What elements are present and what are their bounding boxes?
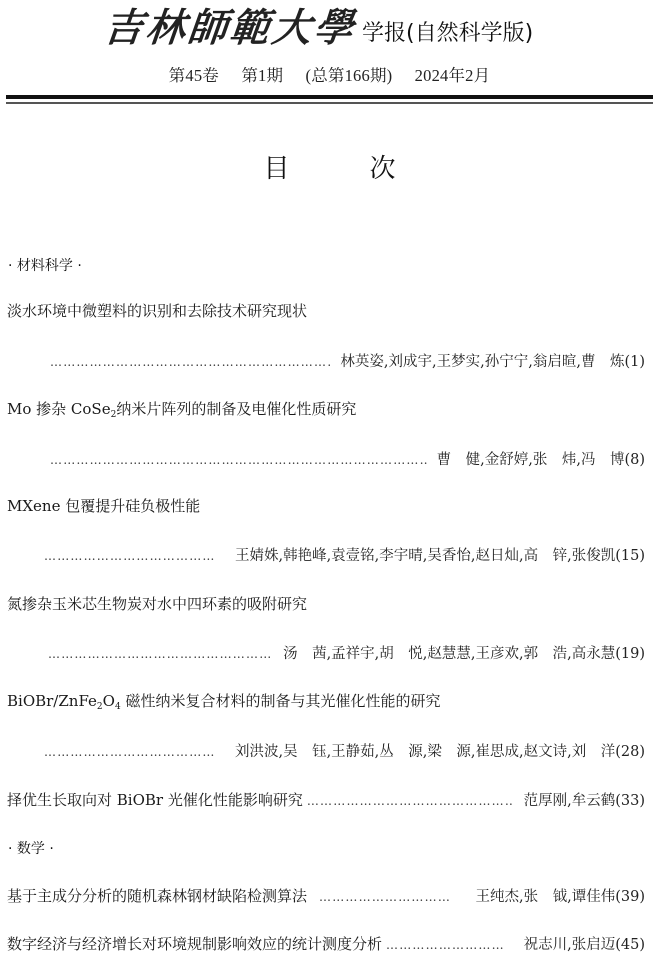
volume-label: 第45卷 bbox=[169, 66, 219, 85]
title-text: Mo 掺杂 CoSe bbox=[7, 400, 111, 418]
dot-leader: …………………………………………………………… bbox=[50, 355, 330, 369]
dot-leader: ……………………… bbox=[386, 938, 514, 952]
title-text: BiOBr/ZnFe bbox=[7, 692, 97, 710]
toc-entry-title[interactable]: BiOBr/ZnFe2O4 磁性纳米复合材料的制备与其光催化性能的研究 bbox=[7, 690, 440, 712]
toc-entry-page[interactable]: (15) bbox=[615, 548, 645, 564]
toc-entry-title: 择优生长取向对 BiOBr 光催化性能影响研究 bbox=[7, 789, 303, 810]
title-text: O bbox=[103, 692, 115, 710]
toc-entry-title: 数字经济与经济增长对环境规制影响效应的统计测度分析 bbox=[7, 933, 382, 954]
toc-entry-title[interactable]: MXene 包覆提升硅负极性能 bbox=[7, 495, 200, 516]
toc-entry[interactable]: 基于主成分分析的随机森林钢材缺陷检测算法 ………………………… 王纯杰,张 钺,… bbox=[7, 885, 645, 906]
toc-entry-authors: 汤 茜,孟祥宇,胡 悦,赵慧慧,王彦欢,郭 浩,高永慧 bbox=[283, 642, 615, 663]
toc-entry-page[interactable]: (28) bbox=[615, 744, 645, 760]
title-text: 纳米片阵列的制备及电催化性质研究 bbox=[116, 400, 356, 418]
toc-entry-byline: …………………………………………………………… 林英姿,刘成宇,王梦实,孙宁宁,… bbox=[50, 350, 645, 371]
dot-leader: ………………………………… bbox=[44, 549, 225, 563]
toc-title-char-2: 次 bbox=[370, 148, 396, 185]
toc-entry-authors: 范厚刚,牟云鹤 bbox=[524, 789, 616, 810]
toc-title-char-1: 目 bbox=[263, 148, 289, 185]
header-rule-thin bbox=[6, 102, 653, 104]
section-heading-mathematics: · 数学 · bbox=[8, 838, 54, 858]
toc-entry-byline: ………………………………………………………………………………………………… 曹 … bbox=[50, 448, 645, 469]
toc-title: 目 次 bbox=[0, 148, 659, 185]
toc-entry-byline: …………………………………………… 汤 茜,孟祥宇,胡 悦,赵慧慧,王彦欢,郭 … bbox=[48, 642, 645, 663]
issue-label: 第1期 bbox=[241, 66, 283, 85]
toc-entry-authors: 祝志川,张启迈 bbox=[524, 933, 616, 954]
total-issue-label: (总第166期) bbox=[306, 66, 393, 85]
header-rule-thick bbox=[6, 95, 653, 99]
issue-date: 2024年2月 bbox=[415, 66, 491, 85]
dot-leader: …………………………………………… bbox=[48, 647, 273, 661]
issue-info: 第45卷 第1期 (总第166期) 2024年2月 bbox=[0, 62, 659, 86]
toc-entry-page[interactable]: (8) bbox=[624, 452, 645, 468]
toc-entry-authors: 刘洪波,吴 钰,王静茹,丛 源,梁 源,崔思成,赵文诗,刘 洋 bbox=[235, 740, 615, 761]
toc-entry-page[interactable]: (39) bbox=[615, 889, 645, 905]
journal-logo-row: 吉林師範大學 学报(自然科学版) bbox=[104, 4, 533, 52]
title-text: 磁性纳米复合材料的制备与其光催化性能的研究 bbox=[121, 692, 441, 710]
toc-entry-page[interactable]: (19) bbox=[615, 646, 645, 662]
toc-entry-page[interactable]: (45) bbox=[615, 937, 645, 953]
toc-entry-byline: ………………………………… 刘洪波,吴 钰,王静茹,丛 源,梁 源,崔思成,赵文… bbox=[44, 740, 645, 761]
toc-entry-authors: 王婧姝,韩艳峰,袁壹铭,李宇晴,吴香怡,赵日灿,高 锌,张俊凯 bbox=[235, 544, 615, 565]
toc-entry[interactable]: 数字经济与经济增长对环境规制影响效应的统计测度分析 ……………………… 祝志川,… bbox=[7, 933, 645, 954]
toc-entry-title[interactable]: Mo 掺杂 CoSe2纳米片阵列的制备及电催化性质研究 bbox=[7, 398, 356, 420]
section-heading-materials-science: · 材料科学 · bbox=[8, 255, 82, 275]
dot-leader: ………………………… bbox=[319, 890, 466, 904]
journal-name-suffix: 学报(自然科学版) bbox=[362, 18, 533, 52]
toc-entry-title: 基于主成分分析的随机森林钢材缺陷检测算法 bbox=[7, 885, 307, 906]
toc-entry-title[interactable]: 淡水环境中微塑料的识别和去除技术研究现状 bbox=[7, 300, 307, 321]
university-calligraphy-logo: 吉林師範大學 bbox=[101, 4, 358, 52]
toc-entry-authors: 曹 健,金舒婷,张 炜,冯 博 bbox=[437, 448, 625, 469]
toc-entry-authors: 王纯杰,张 钺,谭佳伟 bbox=[476, 885, 616, 906]
toc-entry-byline: ………………………………… 王婧姝,韩艳峰,袁壹铭,李宇晴,吴香怡,赵日灿,高 … bbox=[44, 544, 645, 565]
toc-entry-title[interactable]: 氮掺杂玉米芯生物炭对水中四环素的吸附研究 bbox=[7, 593, 307, 614]
dot-leader: ………………………………………………………………………………………………… bbox=[50, 453, 427, 467]
journal-masthead: 吉林師範大學 学报(自然科学版) 第45卷 第1期 (总第166期) 2024年… bbox=[0, 0, 659, 110]
dot-leader: …………………………………………………… bbox=[307, 794, 514, 808]
toc-entry-page[interactable]: (33) bbox=[615, 793, 645, 809]
toc-entry[interactable]: 择优生长取向对 BiOBr 光催化性能影响研究 …………………………………………… bbox=[7, 789, 645, 810]
toc-entry-authors: 林英姿,刘成宇,王梦实,孙宁宁,翁启暄,曹 炼 bbox=[340, 350, 624, 371]
toc-entry-page[interactable]: (1) bbox=[624, 354, 645, 370]
dot-leader: ………………………………… bbox=[44, 745, 225, 759]
